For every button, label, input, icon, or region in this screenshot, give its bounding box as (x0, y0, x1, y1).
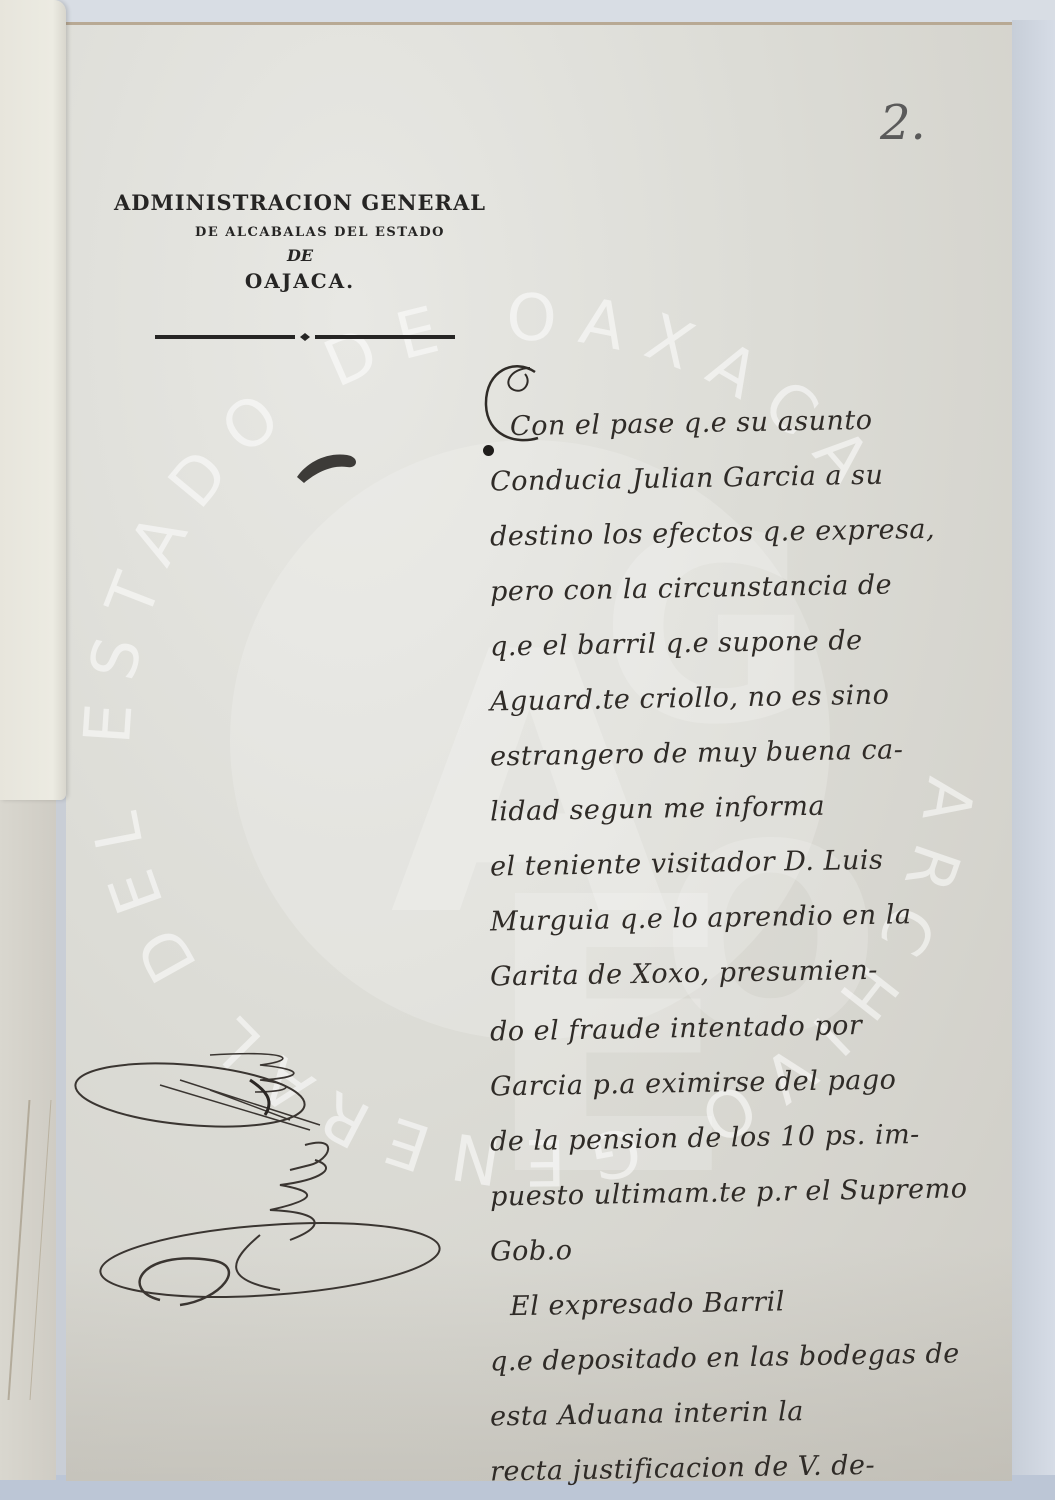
stamp-rule-ornament (155, 333, 455, 341)
body-line: el teniente visitador D. Luis (490, 830, 1011, 894)
adjacent-page-right (1012, 20, 1055, 1480)
signature-rubric-2 (80, 1140, 460, 1310)
letterhead-line-2: DE ALCABALAS DEL ESTADO (130, 225, 510, 240)
body-line: Garita de Xoxo, presumien- (490, 940, 1011, 1004)
body-line: q.e depositado en las bodegas de (490, 1325, 1011, 1389)
ink-blot (292, 447, 362, 487)
letterhead-line-4: OAJACA. (90, 269, 510, 293)
body-line: recta justificacion de V. de- (490, 1435, 1011, 1499)
manuscript-body: Con el pase q.e su asunto Conducia Julia… (490, 395, 1010, 1495)
body-line: lidad segun me informa (490, 775, 1011, 839)
body-line: Conducia Julian Garcia a su (490, 445, 1011, 509)
body-line: Aguard.te criollo, no es sino (490, 665, 1011, 729)
letterhead-line-3: DE (90, 246, 510, 265)
body-line: de la pension de los 10 ps. im- (490, 1105, 1011, 1169)
body-line: do el fraude intentado por (490, 995, 1011, 1059)
body-line: Con el pase q.e su asunto (490, 390, 1011, 454)
body-line: destino los efectos q.e expresa, (490, 500, 1011, 564)
letterhead-line-1: ADMINISTRACION GENERAL (90, 190, 510, 215)
body-line: esta Aduana interin la (490, 1380, 1011, 1444)
signature-rubric-1 (60, 1020, 360, 1140)
body-line: El expresado Barril (490, 1270, 1011, 1334)
body-line: puesto ultimam.te p.r el Supremo (490, 1160, 1011, 1224)
body-line: q.e el barril q.e supone de (490, 610, 1011, 674)
body-line: estrangero de muy buena ca- (490, 720, 1011, 784)
body-line: Gob.o (490, 1215, 1011, 1279)
folded-sheet-left (0, 0, 66, 800)
body-line: Garcia p.a eximirse del pago (490, 1050, 1011, 1114)
letterhead-stamp: ADMINISTRACION GENERAL DE ALCABALAS DEL … (90, 190, 510, 293)
body-line: pero con la circunstancia de (490, 555, 1011, 619)
body-line: Murguia q.e lo aprendio en la (490, 885, 1011, 949)
folio-number: 2. (880, 95, 926, 151)
